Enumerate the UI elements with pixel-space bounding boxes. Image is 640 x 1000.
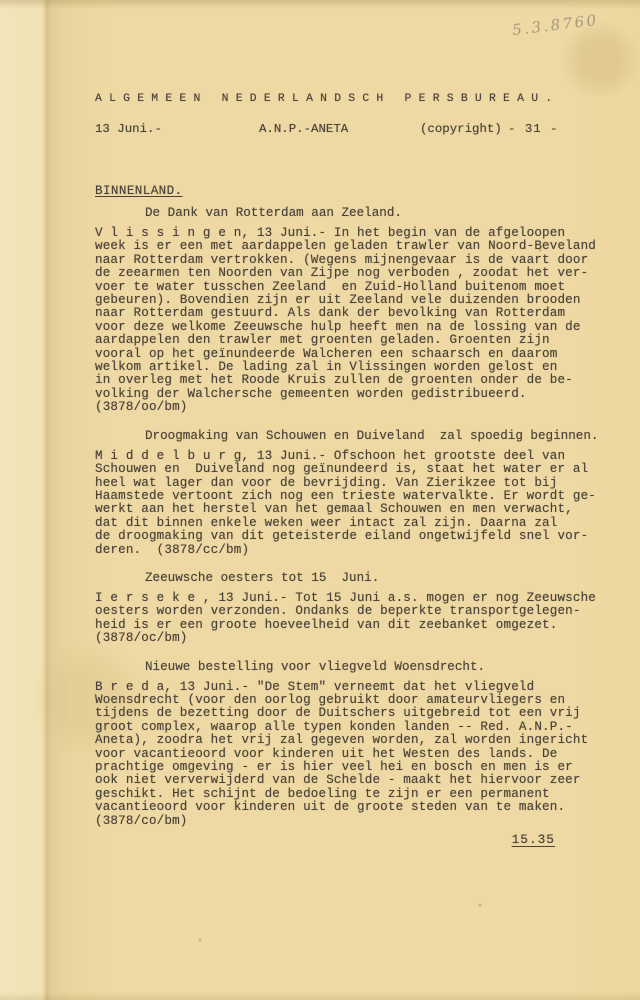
article-body: V l i s s i n g e n, 13 Juni.- In het be… [95,227,617,415]
article-headline: De Dank van Rotterdam aan Zeeland. [95,206,617,220]
article: Nieuwe bestelling voor vliegveld Woensdr… [95,660,617,828]
bureau-name: A.N.P.-ANETA [259,122,348,136]
copyright-label: (copyright) [420,122,502,136]
article: Droogmaking van Schouwen en Duiveland za… [95,429,617,557]
agency-title: A L G E M E E N N E D E R L A N D S C H … [95,93,617,105]
articles: De Dank van Rotterdam aan Zeeland.V l i … [95,206,617,828]
scanned-document-page: 5.3.8760 A L G E M E E N N E D E R L A N… [0,0,640,1000]
article: De Dank van Rotterdam aan Zeeland.V l i … [95,206,617,415]
article-headline: Nieuwe bestelling voor vliegveld Woensdr… [95,660,617,674]
article-body: I e r s e k e , 13 Juni.- Tot 15 Juni a.… [95,592,617,646]
issue-date: 13 Juni.- [95,122,162,136]
page-number: - 31 - [508,122,559,136]
article-body: M i d d e l b u r g, 13 Juni.- Ofschoon … [95,450,617,557]
header-meta-row: 13 Juni.- A.N.P.-ANETA (copyright) - 31 … [95,122,617,136]
article: Zeeuwsche oesters tot 15 Juni.I e r s e … [95,571,617,646]
footer-time-row: 15.35 [95,832,617,847]
section-title: BINNENLAND. [95,184,183,198]
article-body: B r e d a, 13 Juni.- "De Stem" verneemt … [95,681,617,828]
transmission-time: 15.35 [512,832,555,847]
page-content: A L G E M E E N N E D E R L A N D S C H … [95,0,617,847]
article-headline: Zeeuwsche oesters tot 15 Juni. [95,571,617,585]
article-headline: Droogmaking van Schouwen en Duiveland za… [95,429,617,443]
